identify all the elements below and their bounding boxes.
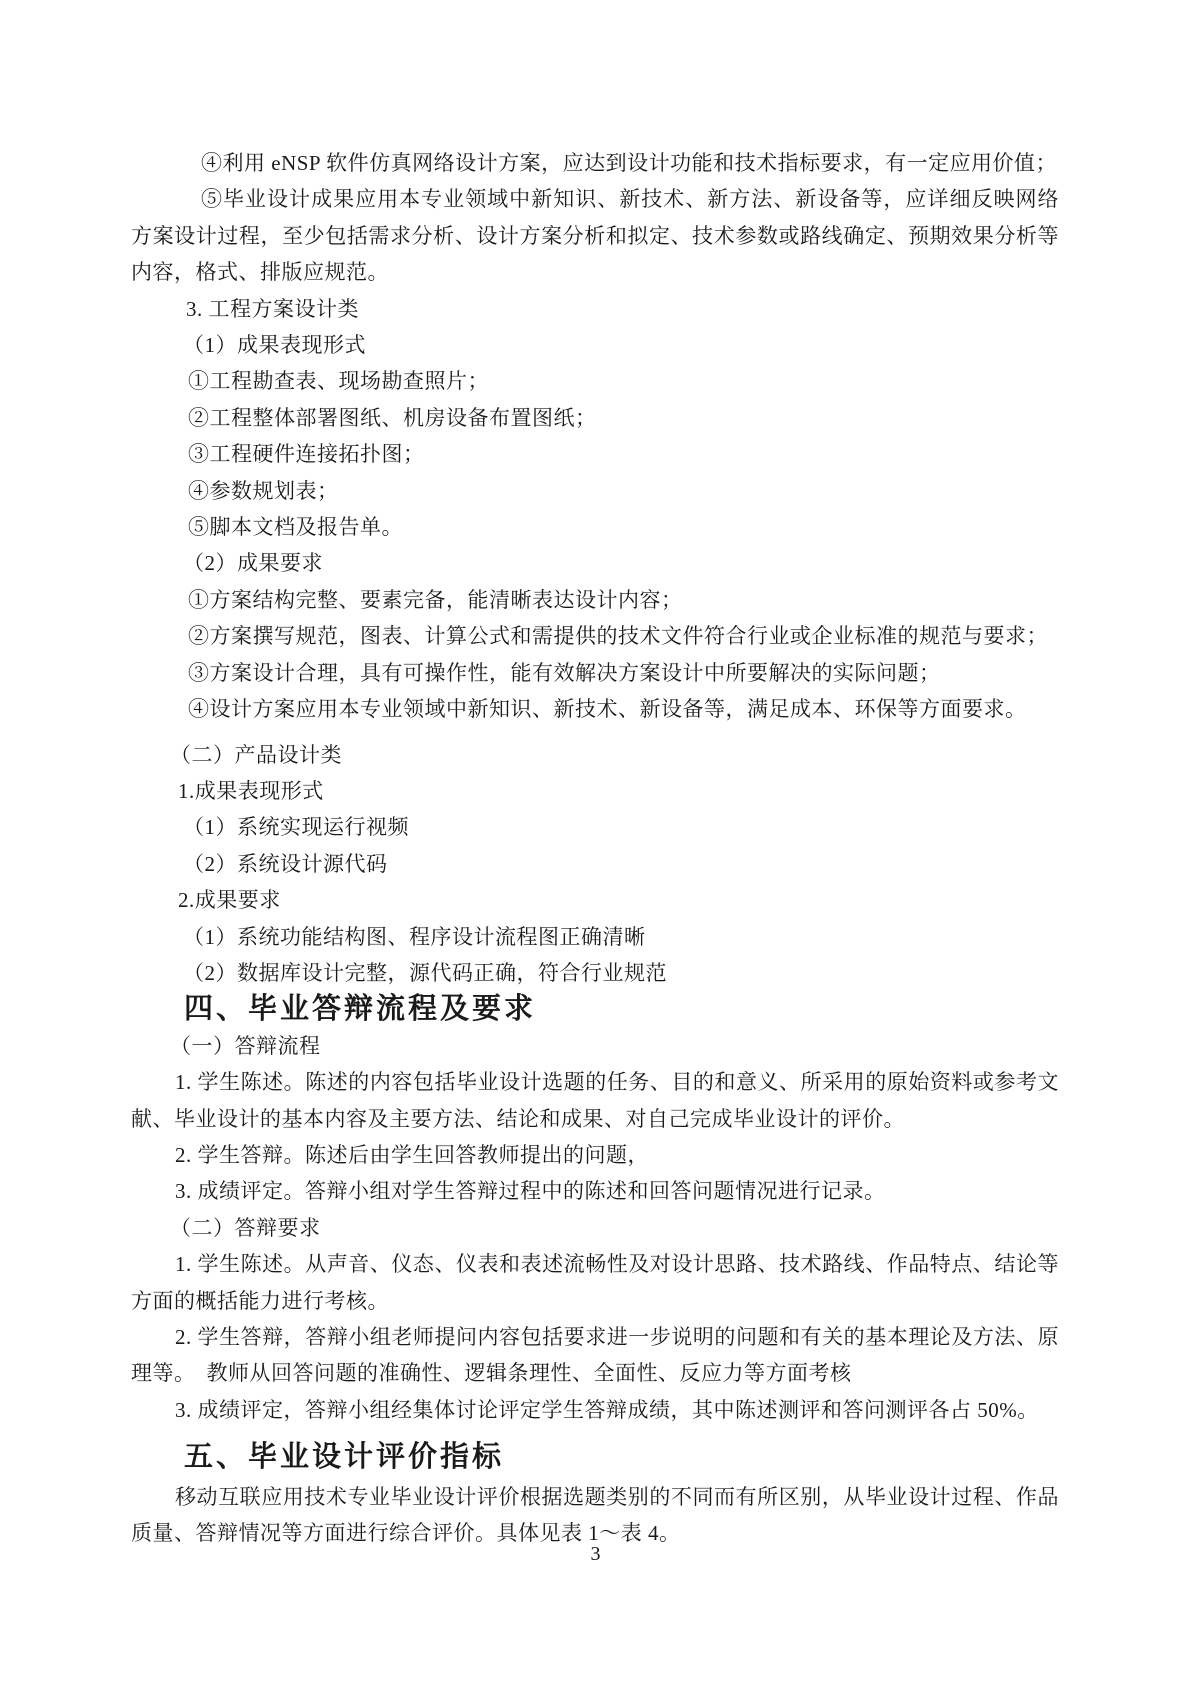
heading-defense-requirements: （二）答辩要求 — [131, 1210, 1059, 1246]
para-defense-flow-2: 2. 学生答辩。陈述后由学生回答教师提出的问题， — [131, 1137, 1059, 1173]
document-content: ④利用 eNSP 软件仿真网络设计方案，应达到设计功能和技术指标要求，有一定应用… — [131, 0, 1059, 1551]
para-defense-req-2: 2. 学生答辩，答辩小组老师提问内容包括要求进一步说明的问题和有关的基本理论及方… — [131, 1319, 1059, 1392]
para-defense-flow-1: 1. 学生陈述。陈述的内容包括毕业设计选题的任务、目的和意义、所采用的原始资料或… — [131, 1064, 1059, 1137]
para-ensp-simulation-requirement: ④利用 eNSP 软件仿真网络设计方案，应达到设计功能和技术指标要求，有一定应用… — [131, 145, 1059, 181]
item-scheme-reasonable: ③方案设计合理，具有可操作性，能有效解决方案设计中所要解决的实际问题； — [131, 655, 1059, 691]
subheading-product-output-forms: 1.成果表现形式 — [131, 773, 1059, 809]
item-hardware-topology: ③工程硬件连接拓扑图； — [131, 436, 1059, 472]
item-survey-table: ①工程勘查表、现场勘查照片； — [131, 363, 1059, 399]
para-defense-req-1: 1. 学生陈述。从声音、仪态、仪表和表述流畅性及对设计思路、技术路线、作品特点、… — [131, 1246, 1059, 1319]
para-defense-flow-3: 3. 成绩评定。答辩小组对学生答辩过程中的陈述和回答问题情况进行记录。 — [131, 1173, 1059, 1209]
item-scheme-new-knowledge: ④设计方案应用本专业领域中新知识、新技术、新设备等，满足成本、环保等方面要求。 — [131, 691, 1059, 727]
page-number: 3 — [0, 1543, 1191, 1566]
heading-defense-flow: （一）答辩流程 — [131, 1028, 1059, 1064]
para-achievement-application-requirement: ⑤毕业设计成果应用本专业领域中新知识、新技术、新方法、新设备等，应详细反映网络方… — [131, 181, 1059, 290]
document-page: ④利用 eNSP 软件仿真网络设计方案，应达到设计功能和技术指标要求，有一定应用… — [0, 0, 1191, 1684]
section-heading-evaluation-index: 五、毕业设计评价指标 — [131, 1439, 1059, 1475]
item-structure-flowchart-clear: （1）系统功能结构图、程序设计流程图正确清晰 — [131, 919, 1059, 955]
heading-3-engineering-scheme-design: 3. 工程方案设计类 — [131, 291, 1059, 327]
item-database-design-complete: （2）数据库设计完整，源代码正确，符合行业规范 — [131, 955, 1059, 991]
heading-2-product-design: （二）产品设计类 — [131, 737, 1059, 773]
item-system-source-code: （2）系统设计源代码 — [131, 846, 1059, 882]
subheading-output-forms: （1）成果表现形式 — [131, 327, 1059, 363]
section-heading-defense-process: 四、毕业答辩流程及要求 — [131, 991, 1059, 1027]
item-scheme-structure: ①方案结构完整、要素完备，能清晰表达设计内容； — [131, 582, 1059, 618]
item-deployment-drawings: ②工程整体部署图纸、机房设备布置图纸； — [131, 400, 1059, 436]
subheading-product-output-requirements: 2.成果要求 — [131, 882, 1059, 918]
item-scheme-writing-standard: ②方案撰写规范，图表、计算公式和需提供的技术文件符合行业或企业标准的规范与要求； — [131, 618, 1059, 654]
para-defense-req-3: 3. 成绩评定，答辩小组经集体讨论评定学生答辩成绩，其中陈述测评和答问测评各占 … — [131, 1392, 1059, 1428]
subheading-output-requirements: （2）成果要求 — [131, 545, 1059, 581]
item-script-docs-report: ⑤脚本文档及报告单。 — [131, 509, 1059, 545]
item-system-run-video: （1）系统实现运行视频 — [131, 809, 1059, 845]
item-parameter-plan-table: ④参数规划表； — [131, 473, 1059, 509]
para-evaluation-summary: 移动互联应用技术专业毕业设计评价根据选题类别的不同而有所区别，从毕业设计过程、作… — [131, 1479, 1059, 1552]
